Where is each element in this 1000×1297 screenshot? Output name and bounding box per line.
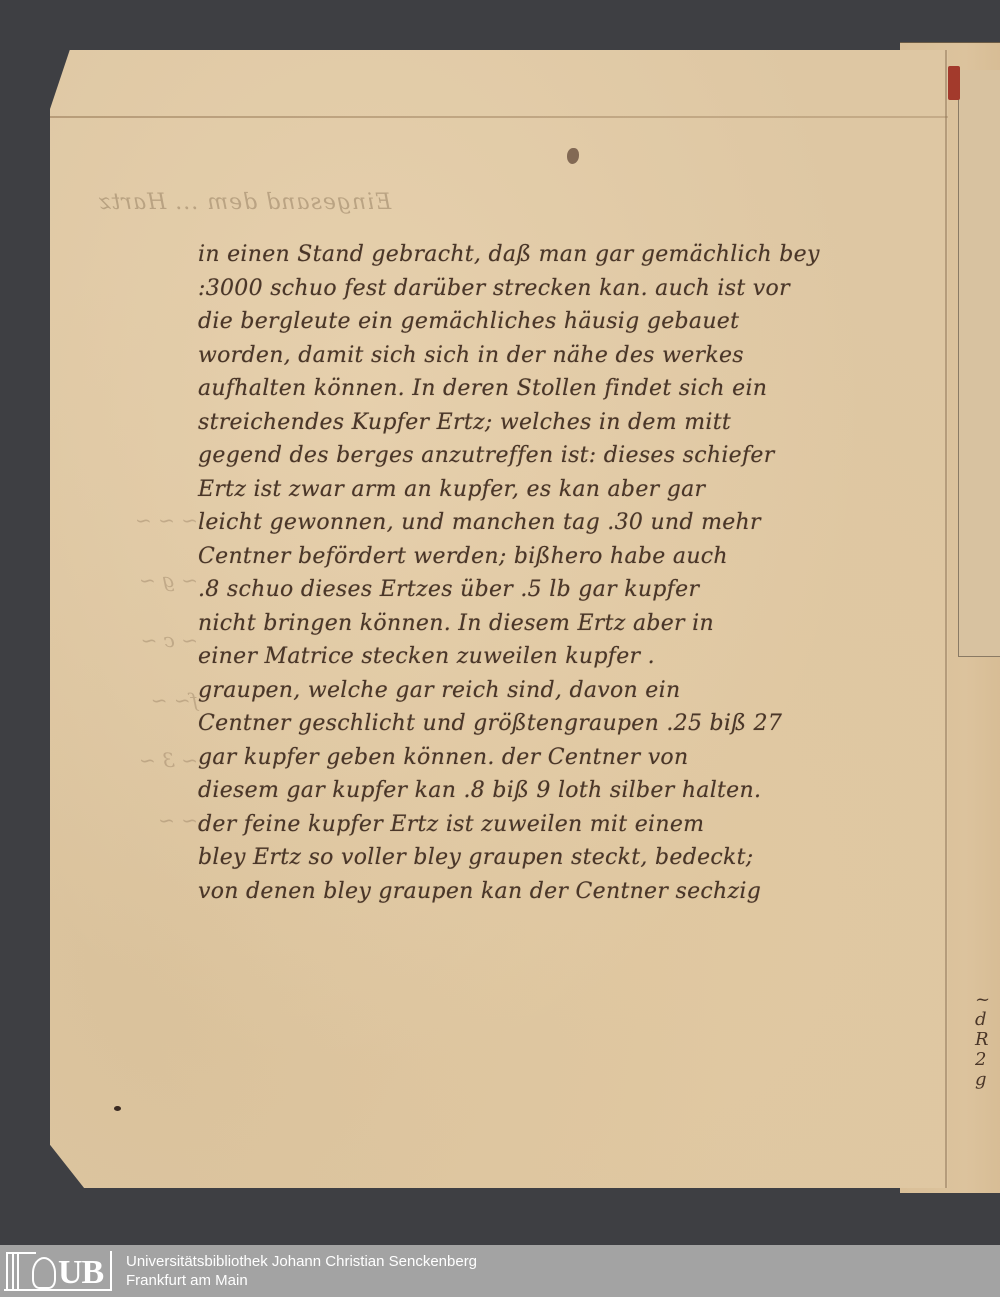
document-viewer: Eingesand dem ... Hartz ~ ~ ~ ~ g ~ ~ c … bbox=[0, 0, 1000, 1245]
text-line: Centner befördert werden; bißhero habe a… bbox=[198, 540, 958, 574]
margin-glyph: d bbox=[975, 1010, 1000, 1030]
text-line: .8 schuo dieses Ertzes über .5 lb gar ku… bbox=[198, 573, 958, 607]
text-line: leicht gewonnen, und manchen tag .30 und… bbox=[198, 506, 958, 540]
margin-glyph: 2 bbox=[975, 1050, 1000, 1070]
bleed-line: ~ g ~ bbox=[108, 550, 198, 610]
manuscript-page: Eingesand dem ... Hartz ~ ~ ~ ~ g ~ ~ c … bbox=[50, 50, 948, 1188]
bleed-through-text: Eingesand dem ... Hartz bbox=[98, 190, 391, 215]
text-line: bley Ertz so voller bley graupen steckt,… bbox=[198, 841, 958, 875]
red-wax-seal-fragment bbox=[948, 66, 960, 100]
text-line: graupen, welche gar reich sind, davon ei… bbox=[198, 674, 958, 708]
text-line: von denen bley graupen kan der Centner s… bbox=[198, 875, 958, 909]
bleed-line: ~ c ~ bbox=[108, 610, 198, 670]
text-line: Ertz ist zwar arm an kupfer, es kan aber… bbox=[198, 473, 958, 507]
left-margin-bleed-through: ~ ~ ~ ~ g ~ ~ c ~ f~ ~ ~ 3 ~ ~ ~ bbox=[108, 490, 198, 850]
bleed-line: f~ ~ bbox=[108, 670, 198, 730]
text-line: einer Matrice stecken zuweilen kupfer . bbox=[198, 640, 958, 674]
margin-glyph: ~ bbox=[975, 990, 1000, 1010]
inner-folded-leaf bbox=[958, 70, 1000, 657]
ink-dot bbox=[114, 1106, 121, 1111]
text-line: gegend des berges anzutreffen ist: diese… bbox=[198, 439, 958, 473]
text-line: :3000 schuo fest darüber strecken kan. a… bbox=[198, 272, 958, 306]
text-line: aufhalten können. In deren Stollen finde… bbox=[198, 372, 958, 406]
bleed-line: ~ ~ bbox=[108, 790, 198, 850]
text-line: der feine kupfer Ertz ist zuweilen mit e… bbox=[198, 808, 958, 842]
text-line: streichendes Kupfer Ertz; welches in dem… bbox=[198, 406, 958, 440]
senckenberg-portrait-icon bbox=[32, 1257, 56, 1289]
handwritten-text-block: in einen Stand gebracht, daß man gar gem… bbox=[198, 238, 958, 908]
ub-logo: UB bbox=[4, 1249, 116, 1293]
institution-name: Universitätsbibliothek Johann Christian … bbox=[126, 1252, 477, 1290]
logo-roof-icon bbox=[6, 1252, 36, 1254]
text-line: nicht bringen können. In diesem Ertz abe… bbox=[198, 607, 958, 641]
institution-line-2: Frankfurt am Main bbox=[126, 1271, 477, 1290]
text-line: gar kupfer geben können. der Centner von bbox=[198, 741, 958, 775]
margin-glyph: R bbox=[975, 1030, 1000, 1050]
bleed-line: ~ ~ ~ bbox=[108, 490, 198, 550]
right-margin-note: ~ d R 2 g bbox=[975, 990, 1000, 1090]
institution-line-1: Universitätsbibliothek Johann Christian … bbox=[126, 1252, 477, 1271]
bleed-line: ~ 3 ~ bbox=[108, 730, 198, 790]
logo-columns-icon bbox=[6, 1252, 20, 1290]
text-line: worden, damit sich sich in der nähe des … bbox=[198, 339, 958, 373]
logo-text: UB bbox=[58, 1255, 103, 1291]
library-footer-banner: UB Universitätsbibliothek Johann Christi… bbox=[0, 1245, 1000, 1297]
margin-glyph: g bbox=[975, 1070, 1000, 1090]
ink-blot bbox=[567, 148, 579, 164]
text-line: in einen Stand gebracht, daß man gar gem… bbox=[198, 238, 958, 272]
text-line: Centner geschlicht und größtengraupen .2… bbox=[198, 707, 958, 741]
horizontal-fold-line bbox=[50, 116, 948, 118]
text-line: diesem gar kupfer kan .8 biß 9 loth silb… bbox=[198, 774, 958, 808]
text-line: die bergleute ein gemächliches häusig ge… bbox=[198, 305, 958, 339]
